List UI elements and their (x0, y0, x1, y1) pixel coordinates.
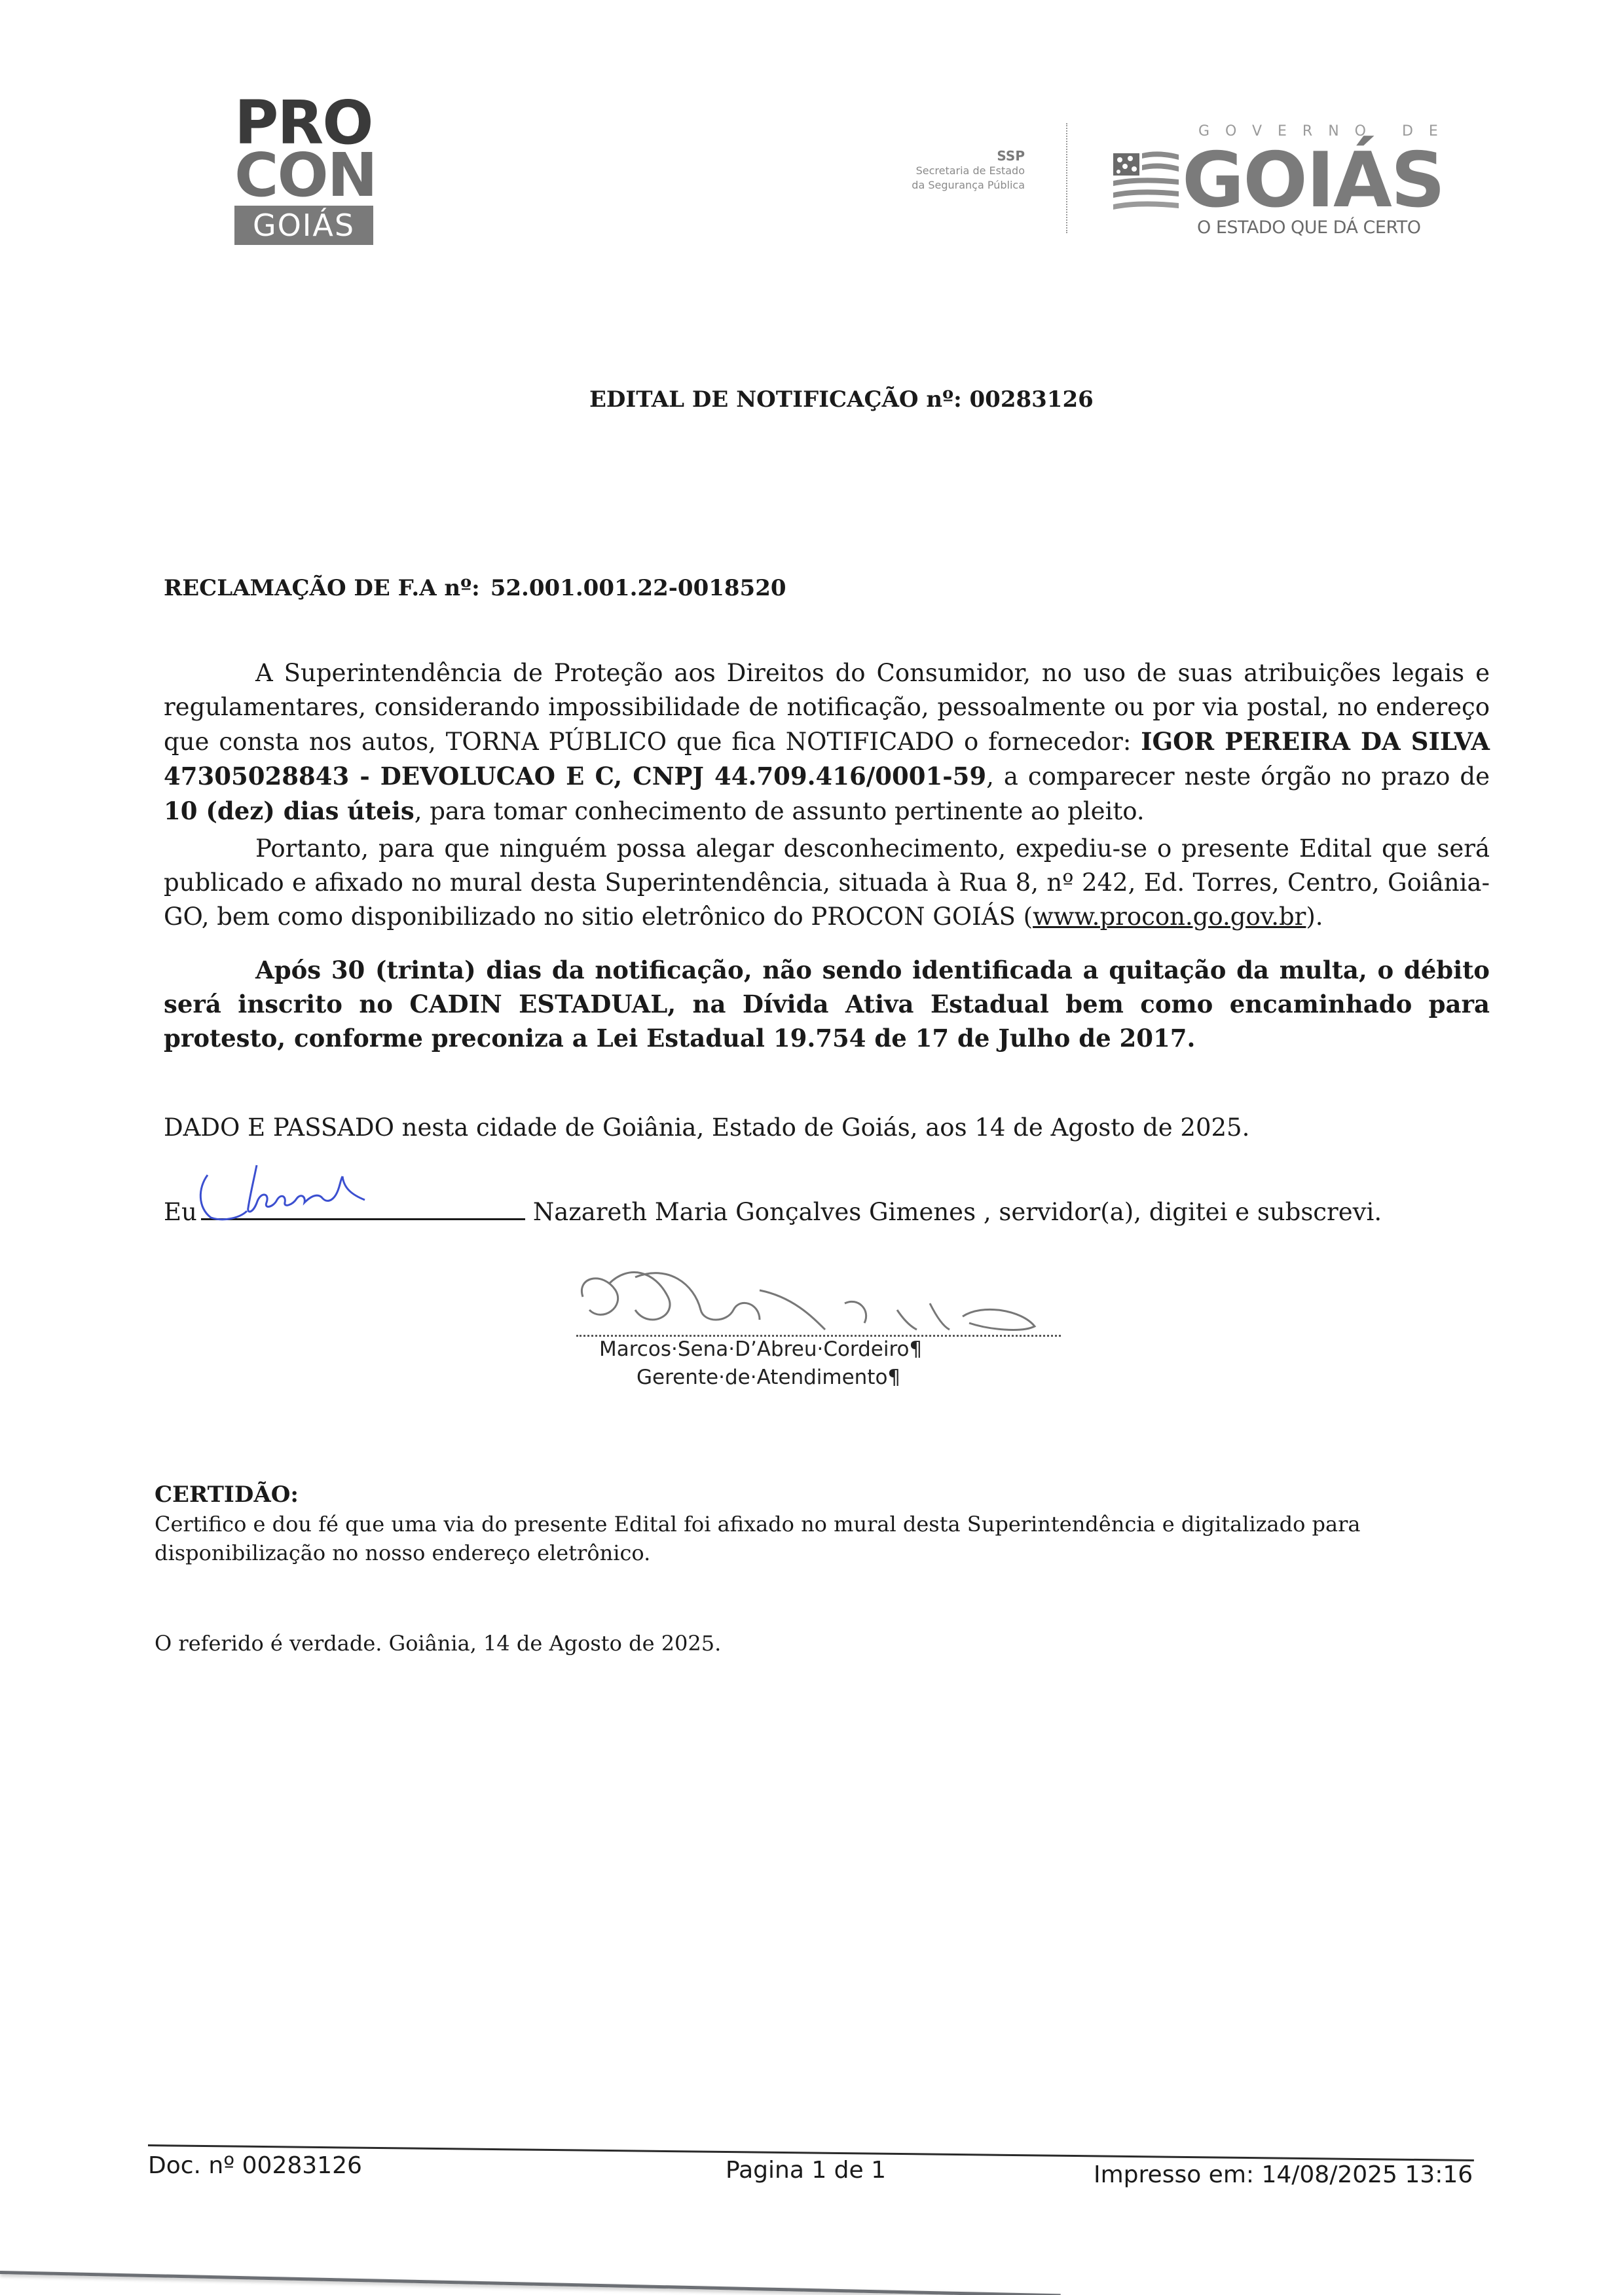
ssp-name-line1: Secretaria de Estado (851, 164, 1025, 178)
certidao-closing: O referido é verdade. Goiânia, 14 de Ago… (155, 1631, 721, 1656)
eu-prefix: Eu (164, 1198, 197, 1226)
procon-goias-logo: PRO CON GOIÁS (234, 97, 385, 245)
paragraph-cadin-warning: Após 30 (trinta) dias da notificação, nã… (164, 953, 1490, 1055)
typist-name-text: Nazareth Maria Gonçalves Gimenes , servi… (533, 1198, 1382, 1226)
footer-printed-timestamp: Impresso em: 14/08/2025 13:16 (1094, 2161, 1473, 2188)
reclamacao-number: 52.001.001.22-0018520 (490, 575, 786, 601)
paragraph-notification: A Superintendência de Proteção aos Direi… (164, 656, 1490, 829)
typist-signature (201, 1192, 525, 1220)
ssp-name-line2: da Segurança Pública (851, 178, 1025, 193)
handwritten-signature-icon (563, 1258, 1074, 1339)
typist-signature-line: Eu Nazareth Maria Gonçalves Gimenes , se… (164, 1192, 1382, 1226)
header-divider (1066, 123, 1067, 233)
scan-edge-shadow (0, 2271, 1061, 2295)
paragraph1-middle: , a comparecer neste órgão no prazo de (986, 762, 1490, 791)
certidao-text: Certifico e dou fé que uma via do presen… (155, 1510, 1366, 1567)
goias-wordmark: GOIÁS (1182, 136, 1444, 225)
signatory-name: Marcos·Sena·D’Abreu·Cordeiro¶ (599, 1337, 922, 1361)
reclamacao-label: RECLAMAÇÃO DE F.A nº: (164, 575, 480, 601)
procon-website-link[interactable]: www.procon.go.gov.br (1033, 903, 1306, 931)
signature-rule (576, 1335, 1061, 1337)
deadline: 10 (dez) dias úteis (164, 796, 415, 825)
goias-flag-icon (1113, 147, 1179, 212)
footer-page-number: Pagina 1 de 1 (726, 2157, 886, 2184)
signatory-role: Gerente·de·Atendimento¶ (637, 1366, 900, 1389)
goias-slogan: O ESTADO QUE DÁ CERTO (1197, 217, 1421, 238)
dado-passado-line: DADO E PASSADO nesta cidade de Goiânia, … (164, 1113, 1249, 1142)
edital-number: 00283126 (970, 386, 1094, 413)
edital-title: EDITAL DE NOTIFICAÇÃO nº: 00283126 (589, 386, 1094, 413)
reclamacao-heading: RECLAMAÇÃO DE F.A nº:52.001.001.22-00185… (164, 575, 786, 601)
paragraph1-end: , para tomar conhecimento de assunto per… (415, 797, 1145, 825)
footer-doc-number: Doc. nº 00283126 (148, 2152, 362, 2179)
ssp-abbreviation: SSP (851, 148, 1025, 164)
governo-de-goias-logo: GOVERNO DE GOIÁS O ESTADO QUE DÁ CERTO (1113, 118, 1454, 249)
manager-signature-block: Marcos·Sena·D’Abreu·Cordeiro¶ Gerente·de… (563, 1258, 1074, 1402)
ssp-logo: SSP Secretaria de Estado da Segurança Pú… (851, 148, 1025, 193)
paragraph2-end: ). (1306, 903, 1323, 931)
certidao-title: CERTIDÃO: (155, 1482, 299, 1508)
paragraph3-text: Após 30 (trinta) dias da notificação, nã… (164, 956, 1490, 1053)
handwritten-signature-icon (194, 1162, 391, 1224)
procon-logo-line-goias: GOIÁS (234, 206, 373, 245)
paragraph-publication: Portanto, para que ninguém possa alegar … (164, 832, 1490, 934)
edital-title-label: EDITAL DE NOTIFICAÇÃO nº: (589, 386, 962, 413)
procon-logo-line-con: CON (234, 149, 385, 202)
